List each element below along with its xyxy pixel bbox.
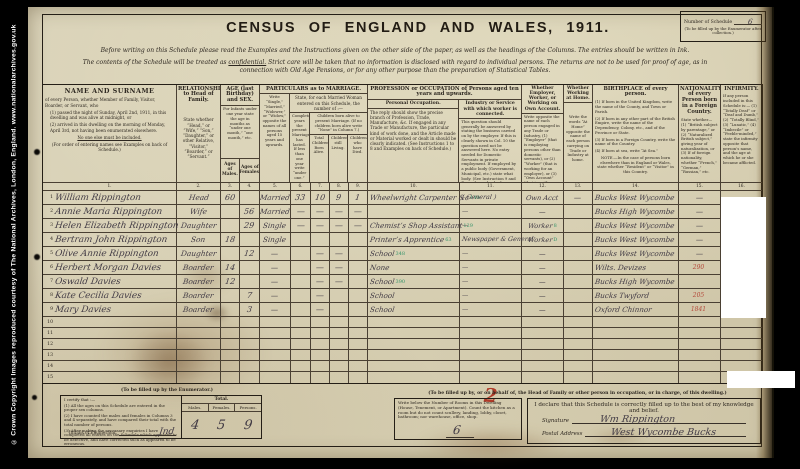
enumerator-initials: Initials of Enumerator. Jnd — [69, 430, 178, 436]
cell-infirmity — [721, 339, 762, 349]
cell-children_living — [330, 339, 349, 349]
cell-occupation: School390 — [368, 275, 460, 288]
hole-punch — [34, 254, 40, 260]
cell-children_born: — — [311, 205, 330, 218]
cell-years_married: — — [291, 205, 311, 218]
cell-age_f — [240, 328, 260, 338]
cell-name: 4Bertram John Rippington — [43, 233, 177, 246]
column-number: 5. — [260, 183, 291, 190]
cell-children_living — [330, 317, 349, 327]
redaction-box-bottom — [727, 371, 795, 388]
cell-occupation — [368, 372, 460, 383]
totals-persons-value: 9 — [243, 418, 253, 433]
cell-children_died — [349, 361, 368, 371]
column-number: 16. — [721, 183, 762, 190]
name-col-desc: of every Person, whether Member of Famil… — [43, 96, 176, 182]
cell-birthplace — [593, 361, 679, 371]
cell-children_died: — — [349, 219, 368, 232]
cell-relationship: Boarder — [177, 303, 221, 316]
cell-at_home: — — [564, 191, 593, 204]
cell-industry: — — [460, 219, 522, 232]
cell-at_home — [564, 372, 593, 383]
cell-children_died — [349, 275, 368, 288]
cell-age_m — [221, 247, 240, 260]
cell-age_f: 7 — [240, 289, 260, 302]
cell-age_f: 12 — [240, 247, 260, 260]
cell-children_born — [311, 361, 330, 371]
cell-children_died — [349, 261, 368, 274]
cell-age_f — [240, 233, 260, 246]
cell-age_f — [240, 339, 260, 349]
cell-nationality: — — [679, 247, 721, 260]
cell-children_born: — — [311, 247, 330, 260]
cell-children_died: 1 — [349, 191, 368, 204]
cell-birthplace — [593, 317, 679, 327]
cell-relationship: Son — [177, 233, 221, 246]
cell-children_born: — — [311, 303, 330, 316]
totals-title: Total. — [182, 396, 261, 404]
cell-children_died — [349, 372, 368, 383]
table-row: 7Oswald DaviesBoarder12———School390——Buc… — [43, 275, 762, 289]
children-living-header: Children still Living. — [329, 135, 348, 182]
cell-children_living — [330, 233, 349, 246]
cell-occupation: School348 — [368, 247, 460, 260]
cell-nationality: — — [679, 219, 721, 232]
cell-marital — [260, 339, 291, 349]
column-number: 12. — [522, 183, 564, 190]
table-row: 13 — [43, 350, 762, 361]
col-header-age: AGE (last Birthday) and SEX. For Infants… — [221, 85, 260, 182]
cell-name: 6Herbert Morgan Davies — [43, 261, 177, 274]
schedule-number-note: (To be filled up by the Enumerator after… — [684, 27, 762, 36]
cell-name: 7Oswald Davies — [43, 275, 177, 288]
cell-marital: — — [260, 289, 291, 302]
cell-children_born: — — [311, 219, 330, 232]
cell-employment: — — [522, 289, 564, 302]
cell-children_living — [330, 361, 349, 371]
cell-name: 5Olive Annie Rippington — [43, 247, 177, 260]
cell-name: 11 — [43, 328, 177, 338]
cell-children_born — [311, 317, 330, 327]
cell-employment: WorkerD — [522, 233, 564, 246]
cell-age_m: 18 — [221, 233, 240, 246]
cell-years_married — [291, 339, 311, 349]
table-row: 3Helen Elizabeth RippingtonDaughter29Sin… — [43, 219, 762, 233]
cell-years_married — [291, 261, 311, 274]
table-row: 9Mary DaviesBoarder3——School——Oxford Chi… — [43, 303, 762, 317]
signature-value: Wm Rippington — [599, 414, 676, 425]
cell-at_home — [564, 219, 593, 232]
cell-industry — [460, 317, 522, 327]
cell-industry — [460, 350, 522, 360]
cell-infirmity — [721, 361, 762, 371]
enumerator-box: I certify that :— (1) All the ages on th… — [60, 395, 262, 439]
table-row: 4Bertram John RippingtonSon18SinglePrint… — [43, 233, 762, 247]
cell-years_married — [291, 350, 311, 360]
cell-at_home — [564, 233, 593, 246]
table-row: 6Herbert Morgan DaviesBoarder14———None——… — [43, 261, 762, 275]
cell-occupation: School — [368, 289, 460, 302]
cell-children_born — [311, 372, 330, 383]
cell-industry: Newspaper & General — [460, 233, 522, 246]
cell-industry: — — [460, 289, 522, 302]
householder-heading: (To be filled up by, or on behalf of, th… — [394, 391, 761, 396]
children-born-header: Total Children Born Alive. — [310, 135, 329, 182]
cell-employment: Own Acct — [522, 191, 564, 204]
cell-marital — [260, 372, 291, 383]
cell-employment — [522, 372, 564, 383]
cell-employment: — — [522, 275, 564, 288]
page-title: CENSUS OF ENGLAND AND WALES, 1911. — [158, 20, 678, 36]
cell-relationship — [177, 361, 221, 371]
cell-years_married — [291, 247, 311, 260]
cell-age_m — [221, 361, 240, 371]
table-row: 14 — [43, 361, 762, 372]
rooms-box: Write below the Number of Rooms in this … — [394, 398, 522, 440]
name-col-title: NAME AND SURNAME — [43, 85, 176, 96]
declaration-box: I declare that this Schedule is correctl… — [527, 398, 761, 444]
cell-age_f — [240, 191, 260, 204]
col-header-profession: PROFESSION or OCCUPATION of Persons aged… — [368, 85, 522, 182]
table-row: 1William RippingtonHead60Married331091Wh… — [43, 191, 762, 205]
cell-relationship: Daughter — [177, 219, 221, 232]
copyright-sidebar: © Crown Copyright Images reproduced cour… — [2, 0, 26, 469]
cell-children_born: — — [311, 289, 330, 302]
cell-occupation — [368, 205, 460, 218]
cell-employment — [522, 339, 564, 349]
column-number: 13. — [564, 183, 593, 190]
intro-line-2-confidential: confidential. — [228, 59, 266, 66]
cell-years_married: 33 — [291, 191, 311, 204]
cell-nationality — [679, 372, 721, 383]
cell-relationship: Daughter — [177, 247, 221, 260]
cell-age_m: 12 — [221, 275, 240, 288]
enumerator-initials-value: Jnd — [158, 427, 175, 438]
hole-punch — [32, 395, 37, 400]
cell-children_living: 9 — [330, 191, 349, 204]
cell-occupation — [368, 328, 460, 338]
industry-header: Industry or Service with which worker is… — [459, 100, 521, 118]
totals-males-label: Males. — [182, 404, 209, 411]
cell-at_home — [564, 350, 593, 360]
cell-age_m — [221, 205, 240, 218]
table-row: 12 — [43, 339, 762, 350]
cell-name: 15 — [43, 372, 177, 383]
cell-children_living — [330, 289, 349, 302]
col-header-employment: Whether Employer, Worker, or Working on … — [522, 85, 564, 182]
cell-age_f: 29 — [240, 219, 260, 232]
cell-children_living: — — [330, 205, 349, 218]
column-number: 9. — [349, 183, 368, 190]
intro-line-1: Before writing on this Schedule please r… — [68, 47, 722, 54]
cell-name: 3Helen Elizabeth Rippington — [43, 219, 177, 232]
cell-age_m: 60 — [221, 191, 240, 204]
cell-occupation — [368, 317, 460, 327]
age-females-header: Ages of Females. — [240, 159, 260, 182]
table-row: 8Kate Cecilia DaviesBoarder7——School——Bu… — [43, 289, 762, 303]
cell-at_home — [564, 289, 593, 302]
cell-marital: — — [260, 275, 291, 288]
column-number: 1. — [43, 183, 177, 190]
cell-employment — [522, 328, 564, 338]
cell-age_f — [240, 317, 260, 327]
enumerator-heading: (To be filled up by the Enumerator.) — [72, 388, 262, 393]
cell-marital — [260, 361, 291, 371]
totals-females-label: Females. — [209, 404, 236, 411]
totals-table: Total. Males. Females. Persons. 4 5 9 — [181, 396, 261, 438]
cell-relationship — [177, 372, 221, 383]
col-header-infirmity: INFIRMITY. If any person included in thi… — [721, 85, 762, 182]
cell-birthplace: Bucks West Wycombe — [593, 219, 679, 232]
cell-marital: — — [260, 303, 291, 316]
cell-relationship: Wife — [177, 205, 221, 218]
cell-years_married — [291, 317, 311, 327]
cell-marital: Single — [260, 233, 291, 246]
cell-industry — [460, 361, 522, 371]
cell-children_died — [349, 233, 368, 246]
cell-occupation — [368, 361, 460, 371]
cell-employment — [522, 350, 564, 360]
schedule-number-box: Number of Schedule 6 (To be filled up by… — [680, 11, 766, 42]
cell-relationship: Head — [177, 191, 221, 204]
cell-marital: Single — [260, 219, 291, 232]
cell-age_f — [240, 261, 260, 274]
col-header-at-home: Whether Working at Home. Write the words… — [564, 85, 593, 182]
cell-at_home — [564, 317, 593, 327]
cell-age_m — [221, 350, 240, 360]
cell-age_m — [221, 328, 240, 338]
cell-infirmity — [721, 350, 762, 360]
cell-years_married — [291, 289, 311, 302]
table-row: 10 — [43, 317, 762, 328]
cell-employment: — — [522, 303, 564, 316]
cell-birthplace: Bucks Twyford — [593, 289, 679, 302]
cell-years_married — [291, 328, 311, 338]
cell-nationality — [679, 317, 721, 327]
cell-industry: — — [460, 303, 522, 316]
col-header-nationality: NATIONALITY of every Person born in a Fo… — [679, 85, 721, 182]
cell-nationality: 1841 — [679, 303, 721, 316]
cell-name: 14 — [43, 361, 177, 371]
cell-years_married — [291, 233, 311, 246]
column-number: 15. — [679, 183, 721, 190]
cell-children_living — [330, 372, 349, 383]
cell-industry — [460, 339, 522, 349]
cell-marital: Married — [260, 205, 291, 218]
cell-at_home — [564, 247, 593, 260]
cell-children_born: — — [311, 275, 330, 288]
cell-birthplace — [593, 372, 679, 383]
cell-children_died — [349, 303, 368, 316]
cell-birthplace: Bucks West Wycombe — [593, 191, 679, 204]
cell-occupation: School — [368, 303, 460, 316]
cell-at_home — [564, 361, 593, 371]
cell-infirmity — [721, 317, 762, 327]
cell-relationship: Boarder — [177, 289, 221, 302]
cell-years_married — [291, 372, 311, 383]
cell-children_born — [311, 350, 330, 360]
cell-nationality — [679, 339, 721, 349]
cell-years_married — [291, 361, 311, 371]
cell-years_married — [291, 303, 311, 316]
cell-children_born — [311, 233, 330, 246]
cell-children_living: — — [330, 247, 349, 260]
cell-children_died — [349, 317, 368, 327]
cell-infirmity — [721, 328, 762, 338]
column-number: 3. — [221, 183, 240, 190]
cell-children_living: — — [330, 219, 349, 232]
cell-birthplace: Wilts. Devizes — [593, 261, 679, 274]
cell-birthplace: Bucks High Wycombe — [593, 205, 679, 218]
cell-occupation — [368, 339, 460, 349]
cell-nationality — [679, 275, 721, 288]
cell-years_married — [291, 275, 311, 288]
cell-age_m — [221, 372, 240, 383]
cell-age_f — [240, 350, 260, 360]
cell-children_born — [311, 339, 330, 349]
cell-nationality: — — [679, 191, 721, 204]
cell-children_living — [330, 350, 349, 360]
hole-punch — [34, 149, 40, 155]
cell-children_died — [349, 328, 368, 338]
col-header-name: NAME AND SURNAME of every Person, whethe… — [43, 85, 177, 182]
cell-employment: — — [522, 205, 564, 218]
col-header-marriage: PARTICULARS as to MARRIAGE. Write “Singl… — [260, 85, 368, 182]
cell-name: 1William Rippington — [43, 191, 177, 204]
birthplace-desc: (1) If born in the United Kingdom, write… — [593, 99, 678, 182]
rooms-instructions: Write below the Number of Rooms in this … — [398, 401, 518, 420]
householder-section: (To be filled up by, or on behalf of, th… — [394, 391, 761, 444]
address-line: Postal Address West Wycombe Bucks — [534, 428, 754, 437]
cell-birthplace — [593, 339, 679, 349]
table-row: 2Annie Maria RippingtonWife56Married————… — [43, 205, 762, 219]
totals-persons-label: Persons. — [235, 404, 261, 411]
marriage-status-header: Write “Single,” “Married,” “Widower,” or… — [260, 94, 290, 182]
column-number: 8. — [330, 183, 349, 190]
totals-males-value: 4 — [190, 418, 200, 433]
cell-at_home — [564, 303, 593, 316]
cell-at_home — [564, 328, 593, 338]
cell-industry — [460, 372, 522, 383]
address-value: West Wycombe Bucks — [610, 427, 717, 438]
col-header-birthplace: BIRTHPLACE of every person. (1) If born … — [593, 85, 679, 182]
cell-marital: Married — [260, 191, 291, 204]
cell-children_born: — — [311, 261, 330, 274]
cell-children_living: — — [330, 275, 349, 288]
personal-occupation-header: Personal Occupation. — [368, 100, 458, 108]
cell-occupation: Printer’s Apprentice63 — [368, 233, 460, 246]
cell-children_living — [330, 328, 349, 338]
cell-age_f — [240, 361, 260, 371]
cell-nationality — [679, 361, 721, 371]
years-married-header: Completed years the present Marriage has… — [290, 113, 310, 182]
schedule-number-line: 6 — [734, 15, 762, 25]
cell-employment: Worker8 — [522, 219, 564, 232]
cell-at_home — [564, 339, 593, 349]
column-number: 11. — [460, 183, 522, 190]
cell-children_died — [349, 289, 368, 302]
cell-name: 10 — [43, 317, 177, 327]
totals-females-value: 5 — [216, 418, 226, 433]
census-table: NAME AND SURNAME of every Person, whethe… — [42, 84, 763, 384]
cell-industry: — — [460, 247, 522, 260]
enumerator-certification: I certify that :— (1) All the ages on th… — [61, 396, 181, 438]
cell-birthplace: Oxford Chinnor — [593, 303, 679, 316]
cell-children_died: — — [349, 205, 368, 218]
children-died-header: Children who have Died. — [348, 135, 367, 182]
cell-occupation — [368, 350, 460, 360]
cell-children_born — [311, 328, 330, 338]
intro-line-2-pre: The contents of the Schedule will be tre… — [83, 59, 229, 66]
cell-at_home — [564, 205, 593, 218]
cell-name: 13 — [43, 350, 177, 360]
cell-nationality — [679, 350, 721, 360]
cell-age_f — [240, 275, 260, 288]
married-women-header: State, for each Married Woman entered on… — [290, 94, 367, 113]
cell-occupation: Wheelwright Carpenter &c149 — [368, 191, 460, 204]
cell-relationship — [177, 339, 221, 349]
column-number: 6. — [291, 183, 311, 190]
table-row: 5Olive Annie RippingtonDaughter12———Scho… — [43, 247, 762, 261]
cell-age_m — [221, 219, 240, 232]
cell-nationality — [679, 328, 721, 338]
cell-birthplace: Bucks West Wycombe — [593, 233, 679, 246]
cell-age_m — [221, 303, 240, 316]
cell-name: 8Kate Cecilia Davies — [43, 289, 177, 302]
cell-industry: — — [460, 261, 522, 274]
cell-relationship — [177, 350, 221, 360]
table-header: NAME AND SURNAME of every Person, whethe… — [43, 85, 762, 183]
cell-name: 12 — [43, 339, 177, 349]
cell-years_married: — — [291, 219, 311, 232]
cell-children_died — [349, 339, 368, 349]
cell-employment — [522, 361, 564, 371]
cell-industry — [460, 328, 522, 338]
footer-section: (To be filled up by the Enumerator.) I c… — [42, 385, 763, 449]
cell-age_f: 3 — [240, 303, 260, 316]
cell-relationship: Boarder — [177, 275, 221, 288]
cell-children_living: — — [330, 261, 349, 274]
col-header-relationship: RELATIONSHIP to Head of Family. State wh… — [177, 85, 221, 182]
cell-name: 9Mary Davies — [43, 303, 177, 316]
intro-line-2: The contents of the Schedule will be tre… — [80, 59, 710, 75]
cell-age_m — [221, 317, 240, 327]
cell-marital — [260, 317, 291, 327]
cell-relationship — [177, 317, 221, 327]
cell-name: 2Annie Maria Rippington — [43, 205, 177, 218]
cell-nationality: — — [679, 205, 721, 218]
redaction-box-infirmity — [721, 197, 766, 318]
cell-nationality: 205 — [679, 289, 721, 302]
column-number: 14. — [593, 183, 679, 190]
cell-marital — [260, 350, 291, 360]
rooms-value: 6 — [446, 423, 476, 438]
cell-age_f: 56 — [240, 205, 260, 218]
cell-children_died — [349, 247, 368, 260]
column-number: 7. — [311, 183, 330, 190]
scan-background: © Crown Copyright Images reproduced cour… — [0, 0, 800, 469]
cell-industry: — — [460, 275, 522, 288]
cell-age_m — [221, 339, 240, 349]
column-number: 2. — [177, 183, 221, 190]
cell-occupation: Chemist’s Shop Assistant129 — [368, 219, 460, 232]
cell-nationality: 290 — [679, 261, 721, 274]
signature-line: Signature Wm Rippington — [534, 415, 754, 424]
table-body: 1William RippingtonHead60Married331091Wh… — [43, 191, 762, 383]
column-number-strip: 1.2.3.4.5.6.7.8.9.10.11.12.13.14.15.16. — [43, 183, 762, 191]
cell-birthplace — [593, 350, 679, 360]
column-number: 10. — [368, 183, 460, 190]
